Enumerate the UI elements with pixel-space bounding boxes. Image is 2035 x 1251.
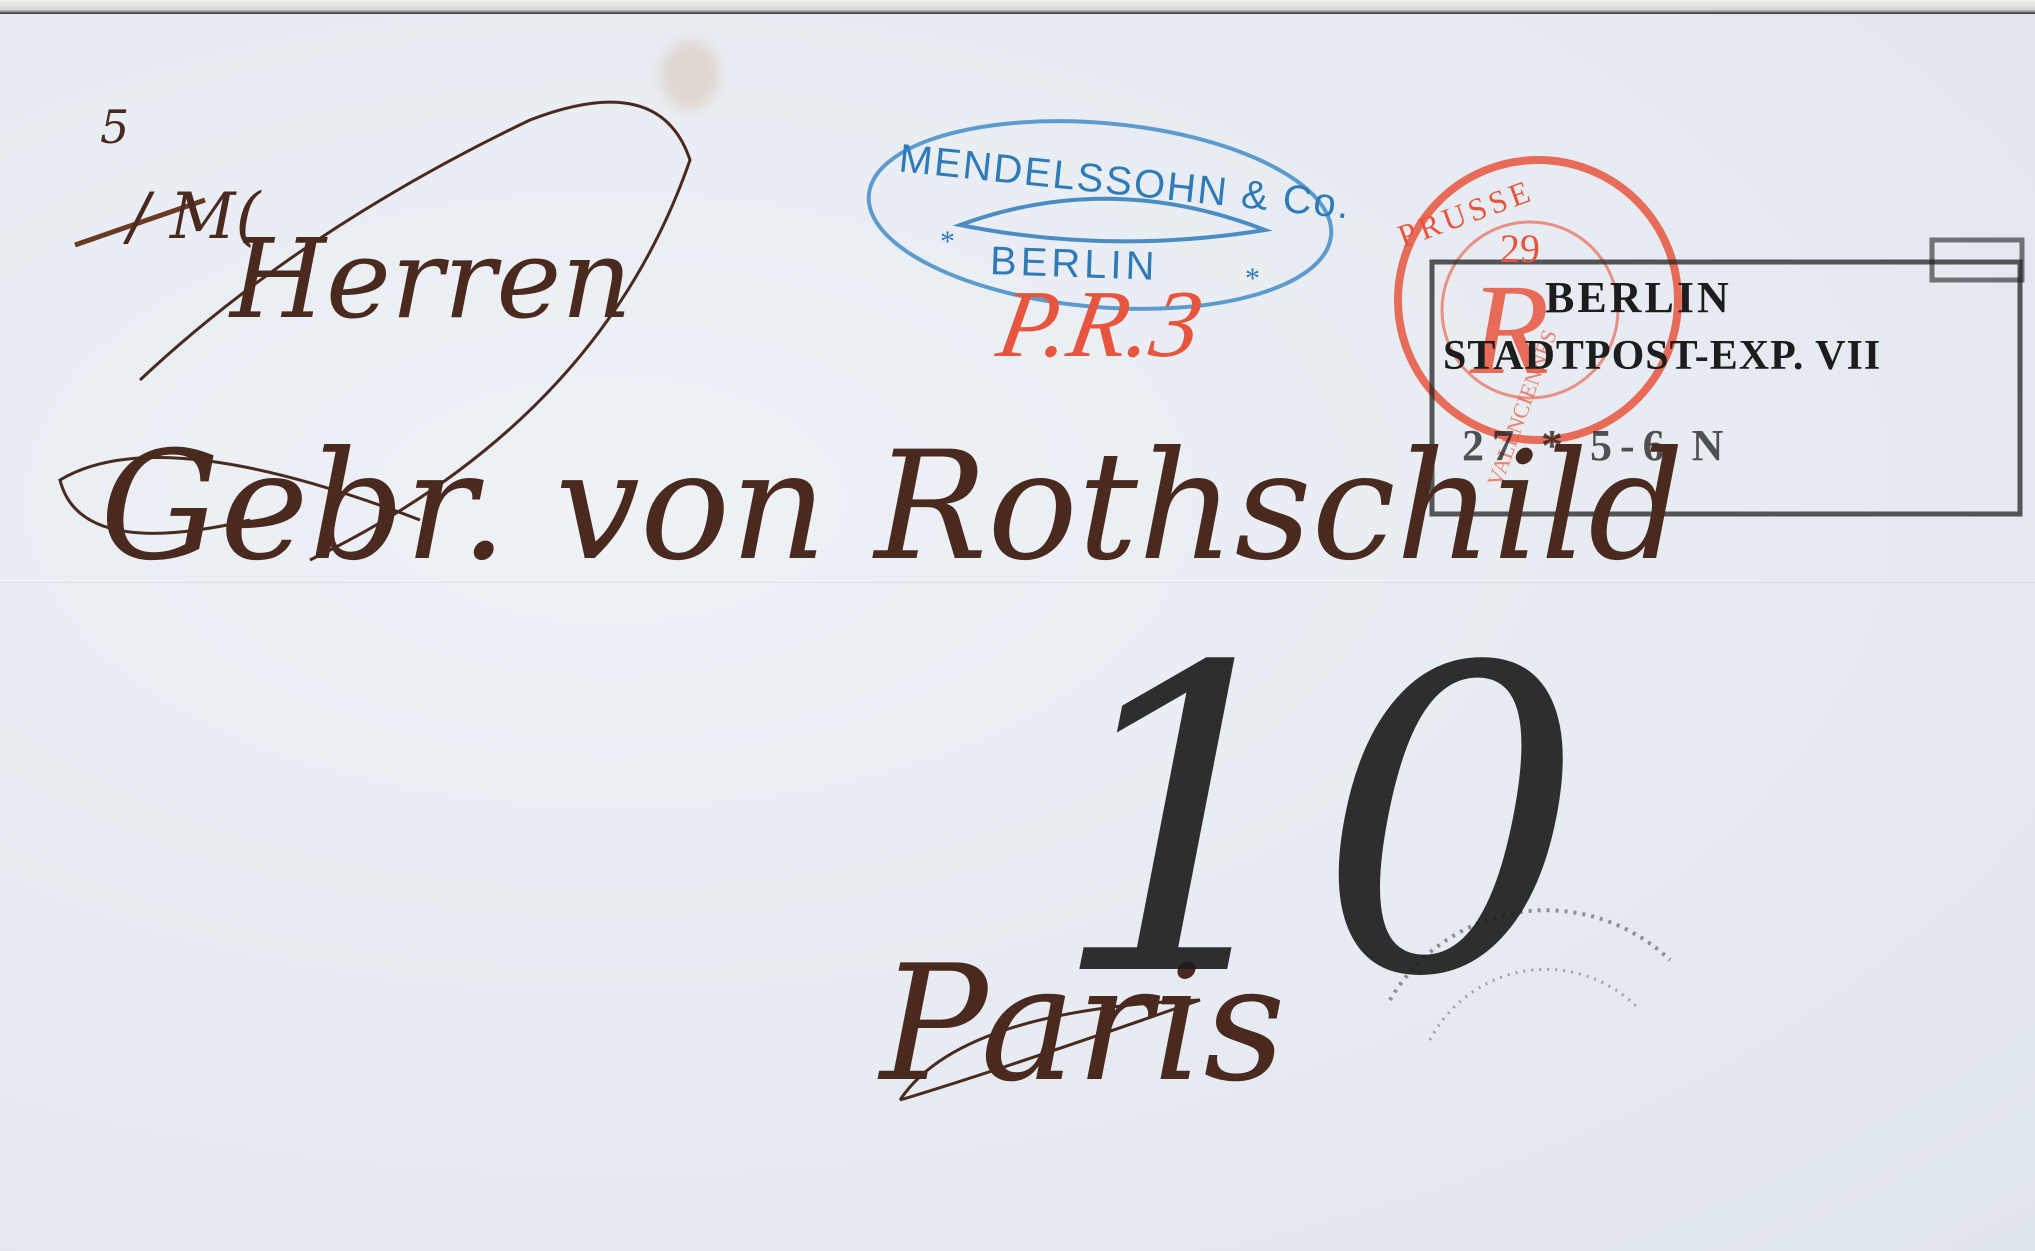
pr-transit-mark: P.R.3 — [990, 268, 1210, 379]
salutation: Herren — [230, 215, 632, 343]
cachet-star-icon: * — [940, 225, 955, 259]
docket-number: 5 — [100, 100, 129, 154]
box-cancel-city: BERLIN — [1545, 272, 1732, 323]
addressee-name: Gebr. von Rothschild — [100, 420, 1684, 594]
box-cancel-office: STADTPOST-EXP. VII — [1443, 332, 1881, 380]
postage-due-rate: 10 — [1050, 580, 1584, 1069]
cachet-star-icon: * — [1245, 262, 1260, 296]
